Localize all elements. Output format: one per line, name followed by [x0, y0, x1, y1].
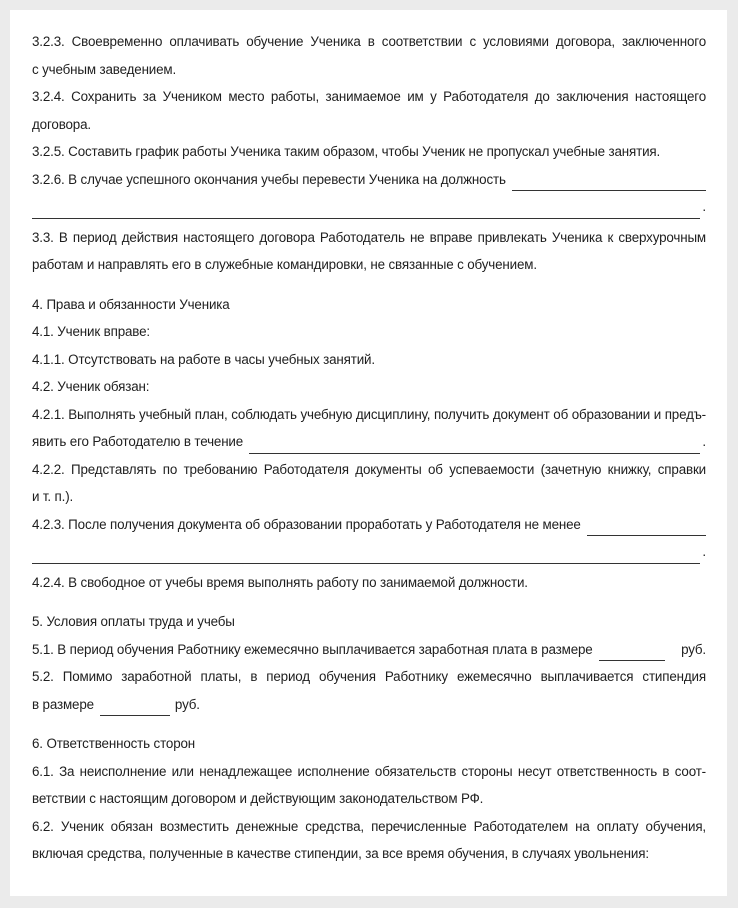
clause-5-2-line2: в размере руб.	[32, 691, 706, 719]
clause-5-1-currency: руб.	[681, 636, 706, 664]
work-term-blank-field-continued[interactable]	[32, 548, 700, 564]
clause-5-2-prefix: в размере	[32, 691, 94, 719]
clause-3-2-6-end: .	[702, 193, 706, 221]
clause-4-2-3-end: .	[702, 538, 706, 566]
clause-5-2-currency: руб.	[175, 691, 200, 719]
clause-3-2-6-text: 3.2.6. В случае успешного окончания учеб…	[32, 166, 506, 194]
clause-4-2-1-end: .	[702, 428, 706, 456]
salary-amount-blank-field[interactable]	[599, 645, 665, 661]
section-4-heading: 4. Права и обязанности Ученика	[32, 291, 706, 319]
clause-3-2-3-line2: с учебным заведением.	[32, 56, 706, 84]
clause-4-2-3-text: 4.2.3. После получения документа об обра…	[32, 511, 581, 539]
clause-3-2-4-line1: 3.2.4. Сохранить за Учеником место работ…	[32, 83, 706, 111]
clause-3-2-5: 3.2.5. Составить график работы Ученика т…	[32, 138, 706, 166]
clause-6-1-line1: 6.1. За неисполнение или ненадлежащее ис…	[32, 758, 706, 786]
clause-4-2-2-line2: и т. п.).	[32, 483, 706, 511]
clause-3-2-6-line2: .	[32, 193, 706, 221]
clause-3-3-line1: 3.3. В период действия настоящего догово…	[32, 224, 706, 252]
clause-4-2-3-line1: 4.2.3. После получения документа об обра…	[32, 511, 706, 539]
document-page: 3.2.3. Своевременно оплачивать обучение …	[10, 10, 727, 896]
clause-4-1-1: 4.1.1. Отсутствовать на работе в часы уч…	[32, 346, 706, 374]
section-6-heading: 6. Ответственность сторон	[32, 730, 706, 758]
clause-5-1-text: 5.1. В период обучения Работнику ежемеся…	[32, 636, 593, 664]
clause-4-2-2-line1: 4.2.2. Представлять по требованию Работо…	[32, 456, 706, 484]
clause-4-2-4: 4.2.4. В свободное от учебы время выполн…	[32, 569, 706, 597]
clause-5-1: 5.1. В период обучения Работнику ежемеся…	[32, 636, 706, 664]
clause-6-2-line2: включая средства, полученные в качестве …	[32, 840, 706, 868]
stipend-amount-blank-field[interactable]	[100, 700, 170, 716]
document-content: 3.2.3. Своевременно оплачивать обучение …	[32, 28, 706, 868]
clause-4-2-1-line1: 4.2.1. Выполнять учебный план, соблюдать…	[32, 401, 706, 429]
clause-6-1-line2: ветствии с настоящим договором и действу…	[32, 785, 706, 813]
work-term-blank-field[interactable]	[587, 520, 706, 536]
section-5-heading: 5. Условия оплаты труда и учебы	[32, 608, 706, 636]
position-blank-field[interactable]	[512, 175, 706, 191]
document-term-blank-field[interactable]	[249, 438, 700, 454]
clause-4-1: 4.1. Ученик вправе:	[32, 318, 706, 346]
clause-4-2-3-line2: .	[32, 538, 706, 566]
clause-4-2: 4.2. Ученик обязан:	[32, 373, 706, 401]
position-blank-field-continued[interactable]	[32, 203, 700, 219]
clause-4-2-1-line2: явить его Работодателю в течение .	[32, 428, 706, 456]
clause-3-2-3-line1: 3.2.3. Своевременно оплачивать обучение …	[32, 28, 706, 56]
clause-3-2-4-line2: договора.	[32, 111, 706, 139]
clause-5-2-line1: 5.2. Помимо заработной платы, в период о…	[32, 663, 706, 691]
clause-3-3-line2: работам и направлять его в служебные ком…	[32, 251, 706, 279]
clause-6-2-line1: 6.2. Ученик обязан возместить денежные с…	[32, 813, 706, 841]
clause-3-2-6-line1: 3.2.6. В случае успешного окончания учеб…	[32, 166, 706, 194]
clause-4-2-1-text: явить его Работодателю в течение	[32, 428, 243, 456]
